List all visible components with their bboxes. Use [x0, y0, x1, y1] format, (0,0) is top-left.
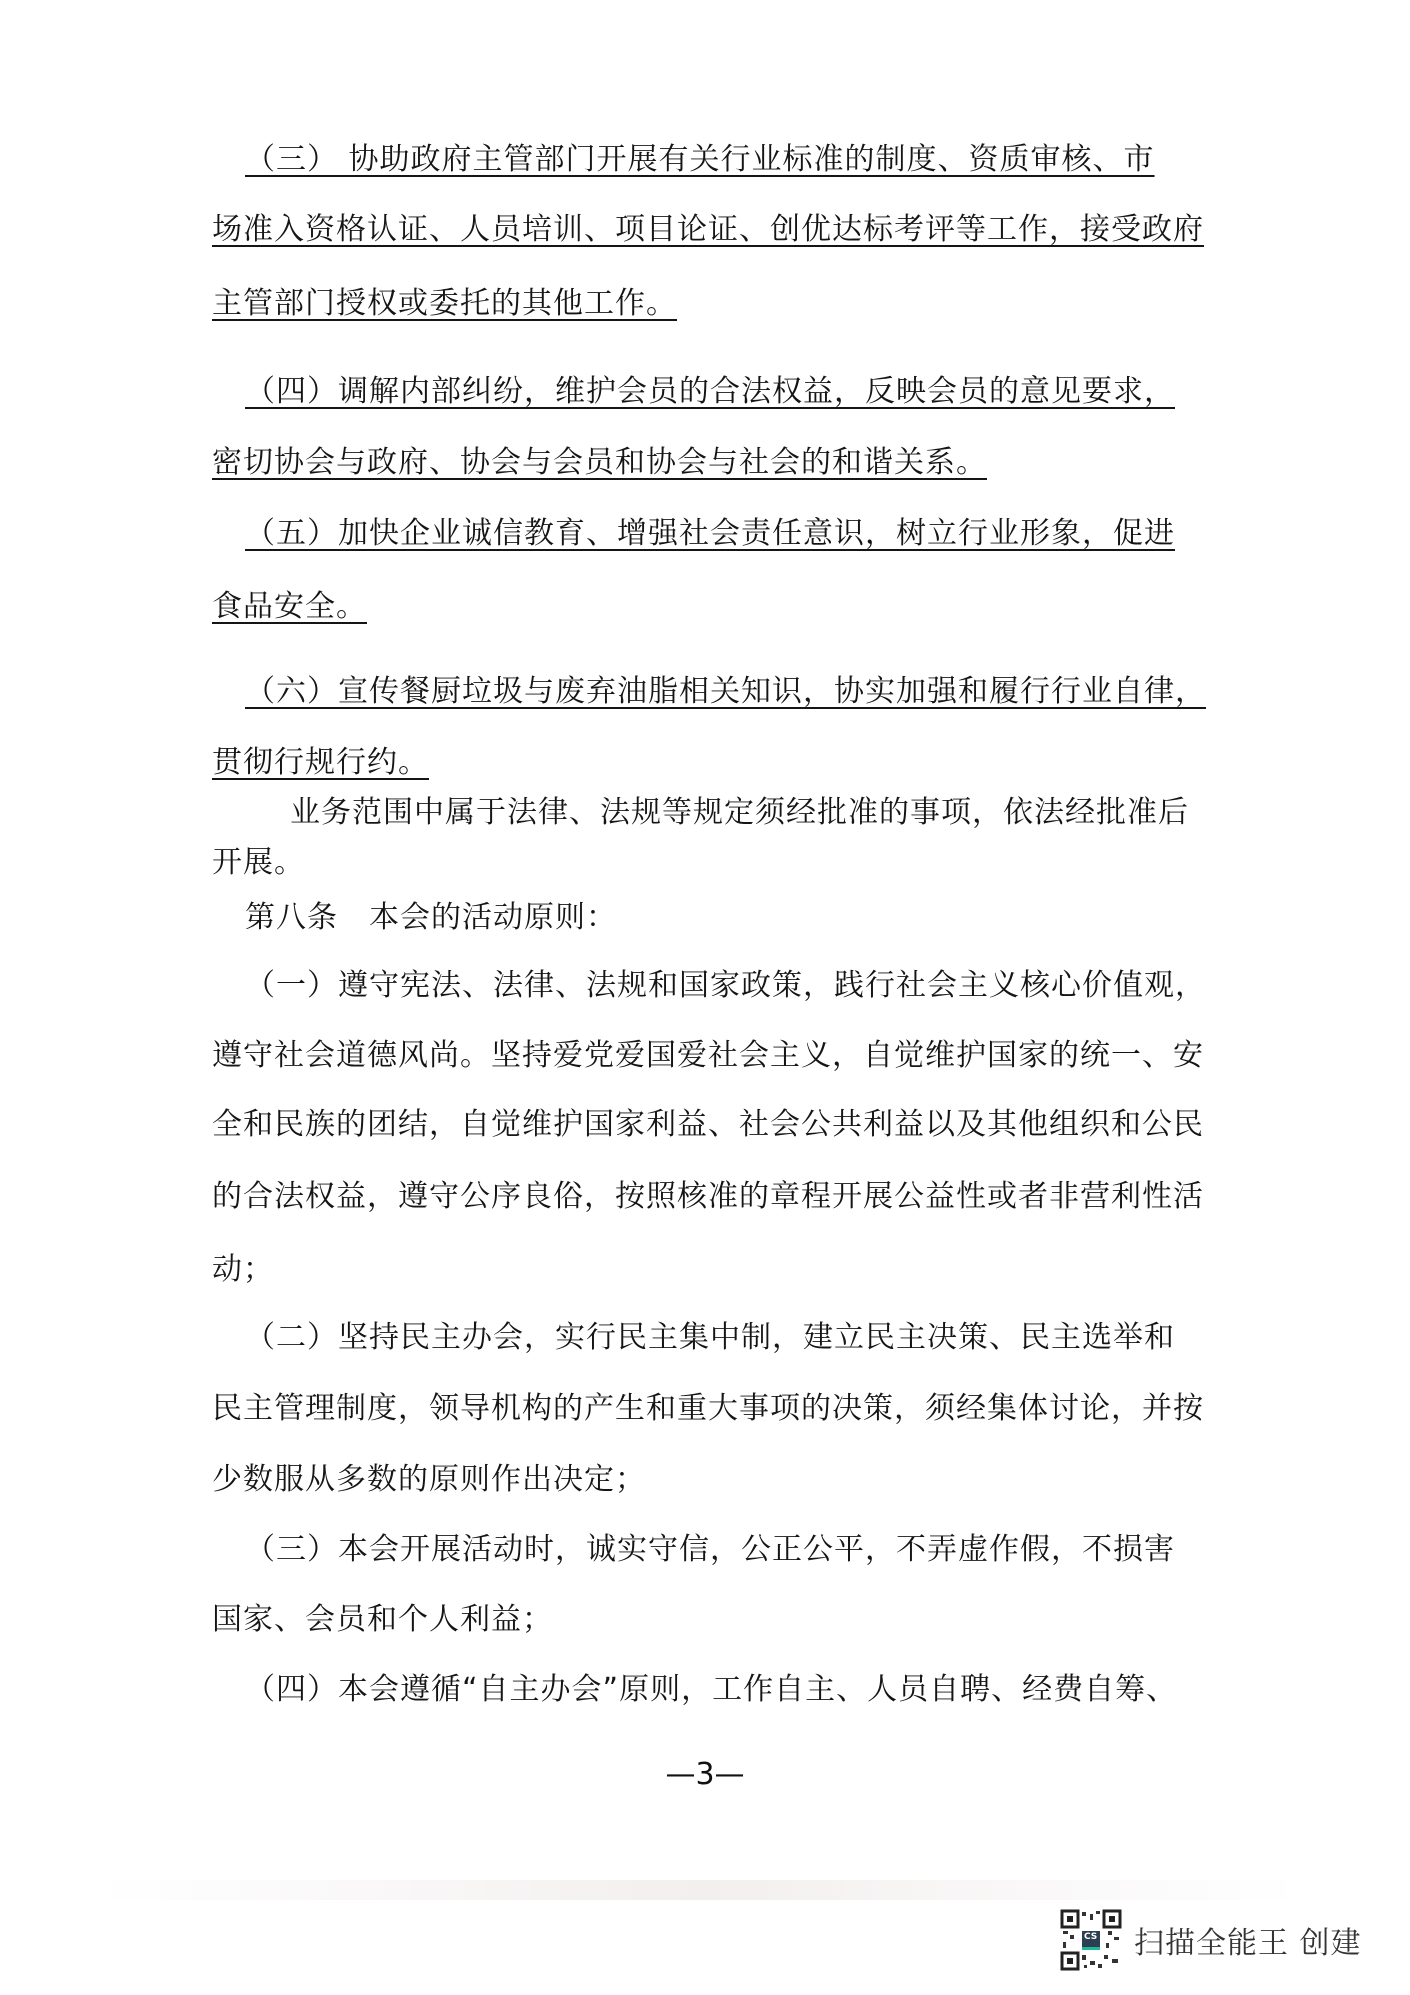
- text-line: （二）坚持民主办会，实行民主集中制，建立民主决策、民主选举和: [245, 1318, 1175, 1358]
- text-line: 食品安全。: [212, 587, 367, 627]
- text-line: 遵守社会道德风尚。坚持爱党爱国爱社会主义，自觉维护国家的统一、安: [212, 1036, 1204, 1076]
- text-line: （五）加快企业诚信教育、增强社会责任意识，树立行业形象，促进: [245, 514, 1175, 554]
- text-line: 密切协会与政府、协会与会员和协会与社会的和谐关系。: [212, 443, 987, 483]
- qr-code-icon: CS: [1060, 1909, 1122, 1971]
- document-page: （三） 协助政府主管部门开展有关行业标准的制度、资质审核、市场准入资格认证、人员…: [0, 0, 1410, 1995]
- scan-artifact: [100, 1880, 1300, 1900]
- text-line: 民主管理制度，领导机构的产生和重大事项的决策，须经集体讨论，并按: [212, 1389, 1204, 1429]
- text-line: （四）本会遵循“自主办会”原则，工作自主、人员自聘、经费自筹、: [245, 1670, 1177, 1710]
- text-line: 少数服从多数的原则作出决定；: [212, 1460, 646, 1500]
- text-line: （六）宣传餐厨垃圾与废弃油脂相关知识，协实加强和履行行业自律，: [245, 672, 1206, 712]
- watermark-text: 扫描全能王 创建: [1134, 1918, 1362, 1962]
- text-line: 动；: [212, 1250, 274, 1290]
- text-line: 主管部门授权或委托的其他工作。: [212, 284, 677, 324]
- text-line: 国家、会员和个人利益；: [212, 1600, 553, 1640]
- text-line: 场准入资格认证、人员培训、项目论证、创优达标考评等工作，接受政府: [212, 210, 1204, 250]
- text-line: 全和民族的团结，自觉维护国家利益、社会公共利益以及其他组织和公民: [212, 1105, 1204, 1145]
- text-line: （三） 协助政府主管部门开展有关行业标准的制度、资质审核、市: [245, 140, 1155, 180]
- cs-badge: CS: [1084, 1932, 1097, 1942]
- text-line: 业务范围中属于法律、法规等规定须经批准的事项，依法经批准后: [290, 793, 1189, 833]
- scanner-watermark: CS 扫描全能王 创建: [1060, 1910, 1362, 1970]
- text-line: （三）本会开展活动时，诚实守信，公正公平，不弄虚作假，不损害: [245, 1530, 1175, 1570]
- text-line: 的合法权益，遵守公序良俗，按照核准的章程开展公益性或者非营利性活: [212, 1177, 1204, 1217]
- text-line: 贯彻行规行约。: [212, 743, 429, 783]
- text-line: 第八条 本会的活动原则：: [245, 898, 617, 938]
- page-number: —3—: [0, 1755, 1410, 1795]
- text-line: 开展。: [212, 843, 305, 883]
- text-line: （一）遵守宪法、法律、法规和国家政策，践行社会主义核心价值观，: [245, 966, 1206, 1006]
- text-line: （四）调解内部纠纷，维护会员的合法权益，反映会员的意见要求，: [245, 372, 1175, 412]
